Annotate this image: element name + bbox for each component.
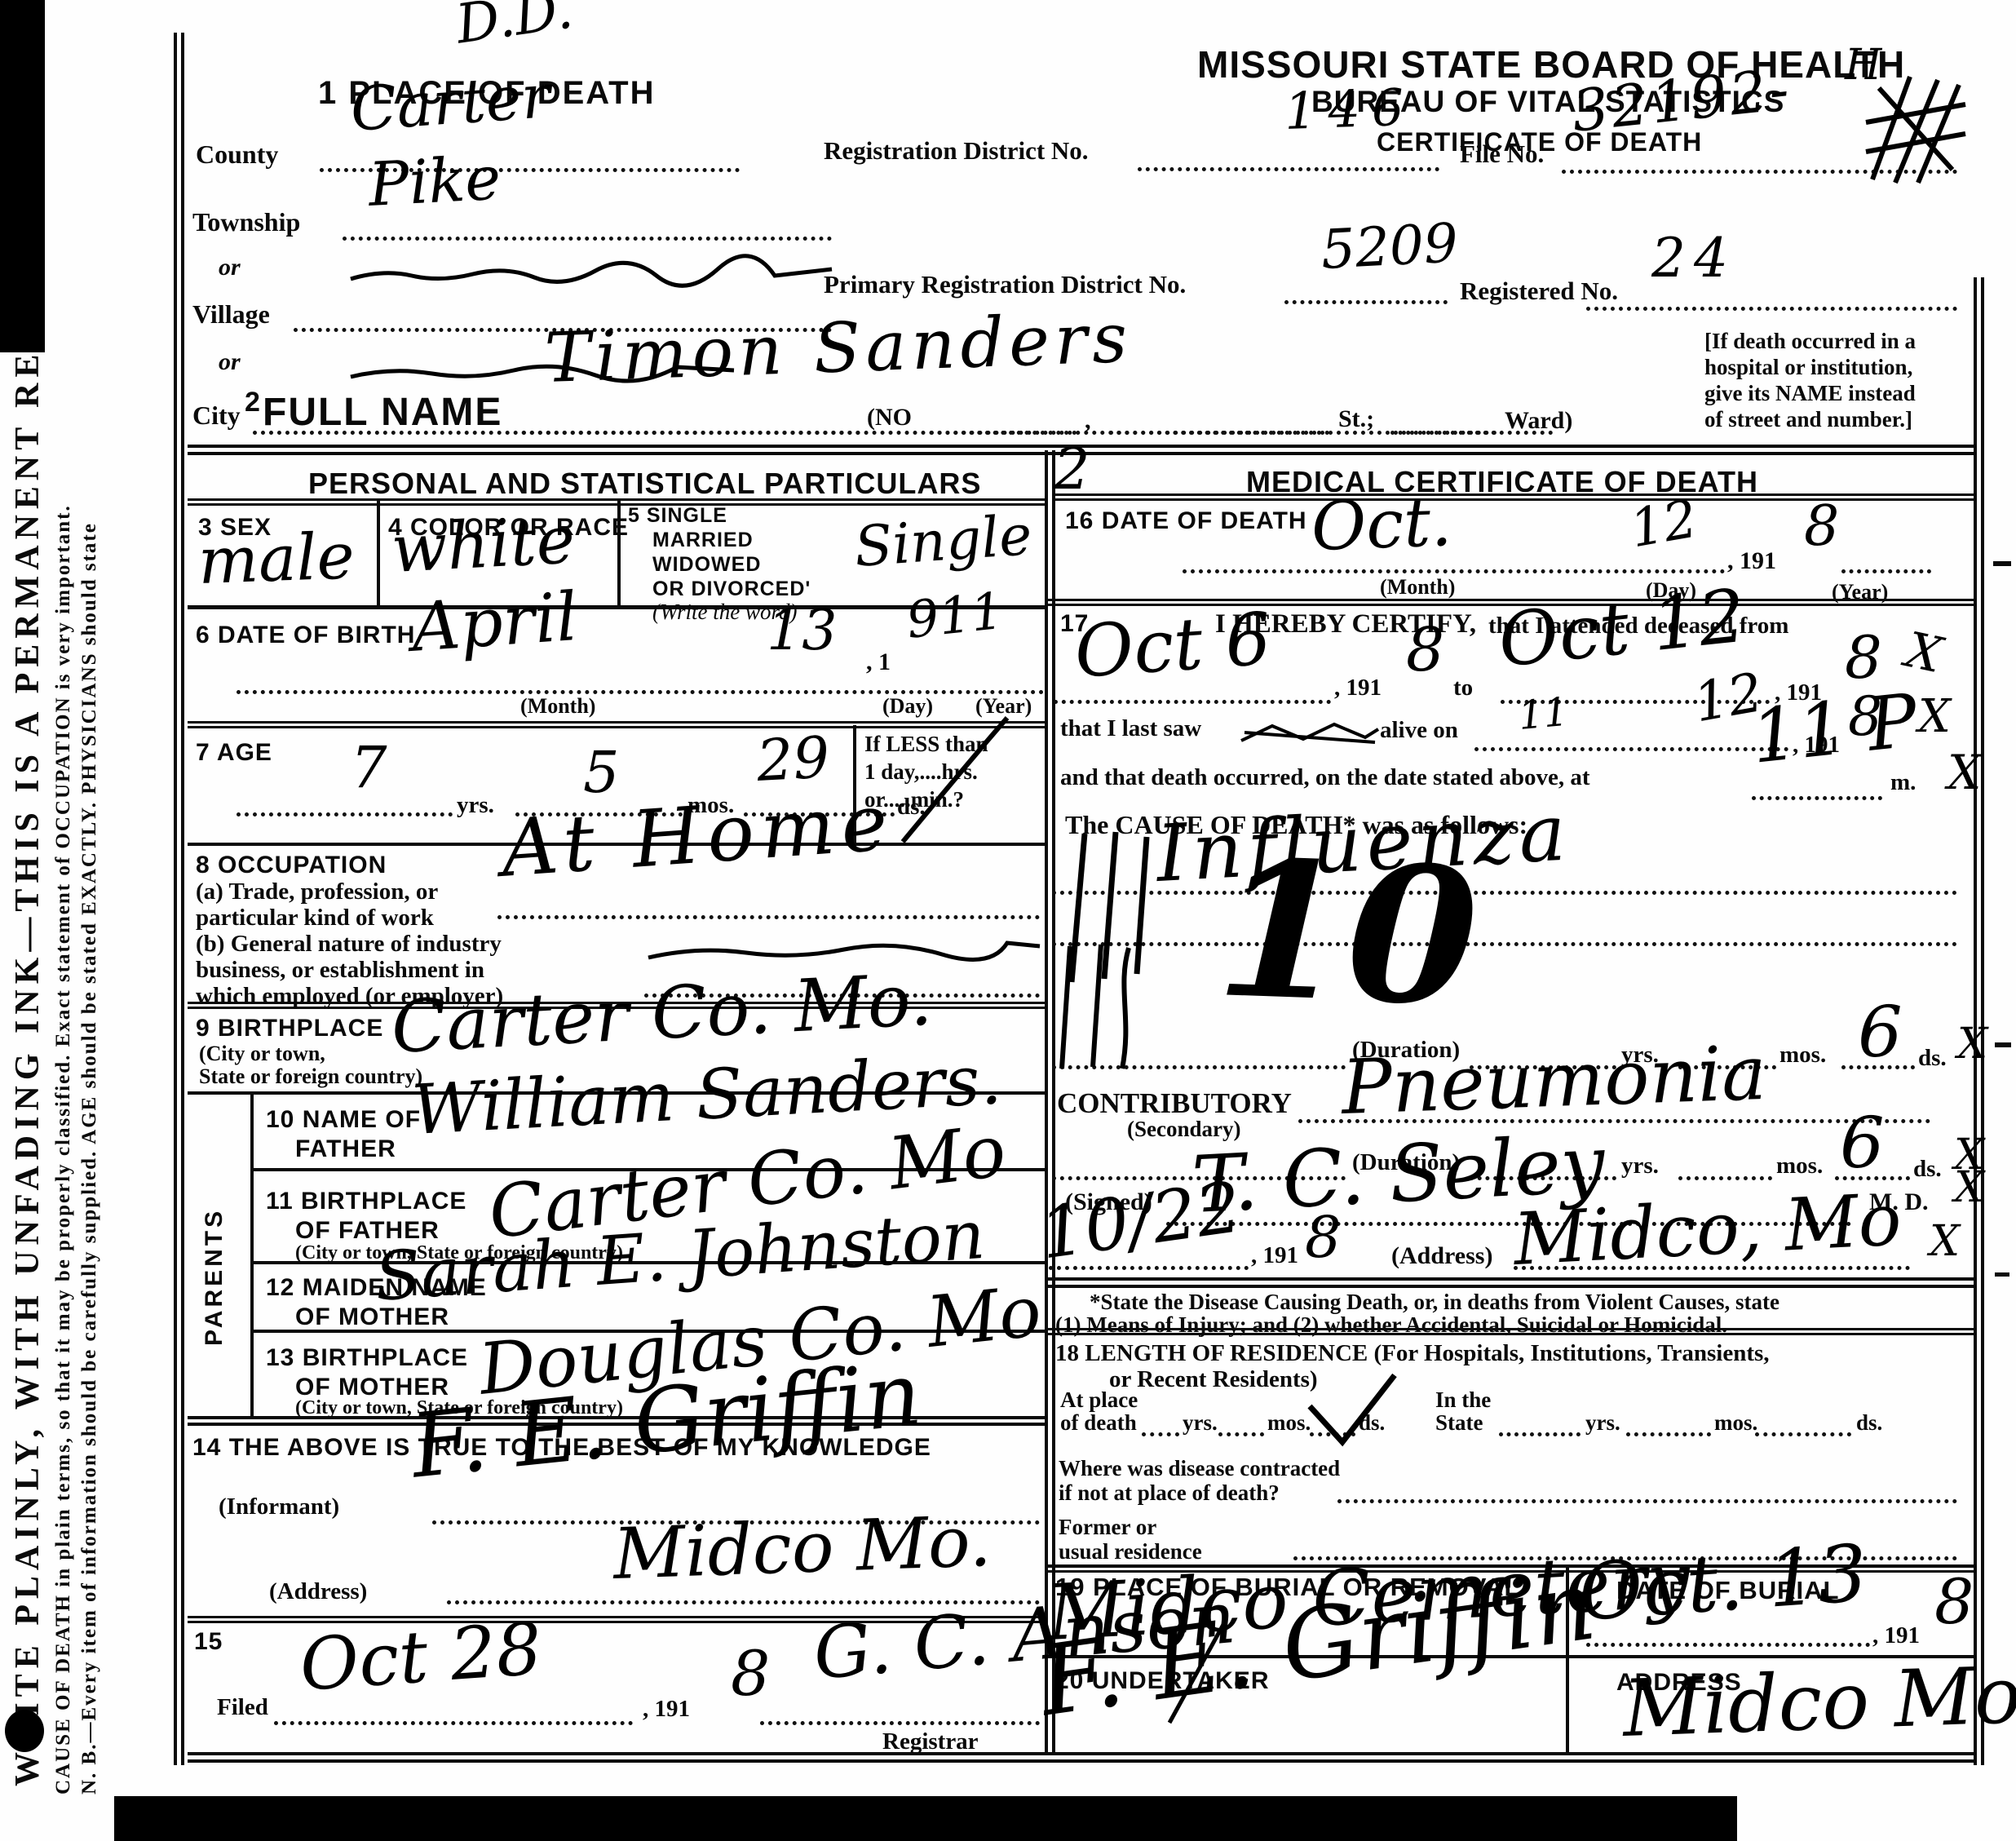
margin-permanent-record-notice: WRITE PLAINLY, WITH UNFADING INK—THIS IS… bbox=[10, 131, 46, 1786]
hospital-note-line1: [If death occurred in a bbox=[1704, 330, 1916, 353]
footnote-top-rule bbox=[1048, 1277, 1974, 1288]
residence-line-b bbox=[1218, 1432, 1264, 1436]
age-days-value: 29 bbox=[755, 730, 830, 788]
death-hour-m-label: m. bbox=[1890, 770, 1916, 795]
personal-title-rule bbox=[188, 498, 1045, 506]
race-value: white bbox=[390, 509, 577, 581]
signed-address-x-mark: X bbox=[1930, 1222, 1960, 1262]
of-death-label: of death bbox=[1060, 1411, 1137, 1435]
occupation-label: 8 OCCUPATION bbox=[196, 852, 387, 879]
footnote-bottom-rule bbox=[1048, 1328, 1974, 1335]
occupation-a-label-2: particular kind of work bbox=[196, 905, 434, 931]
duration2-days-value: 6 bbox=[1840, 1111, 1885, 1178]
undertaker-address-value: Midco Mo bbox=[1621, 1658, 2016, 1746]
last-saw-line bbox=[1474, 747, 1788, 751]
parents-strip-divider bbox=[250, 1091, 254, 1418]
birthplace-sub-1: (City or town, bbox=[199, 1042, 325, 1065]
death-hour-value: 11 P bbox=[1749, 686, 1921, 772]
where-contracted-label-2: if not at place of death? bbox=[1059, 1481, 1280, 1505]
age-years-value: 7 bbox=[351, 741, 387, 795]
cause-line-2 bbox=[1052, 942, 1957, 946]
medical-check-mark-2: 2 bbox=[1054, 442, 1090, 497]
full-name-number: 2 bbox=[245, 387, 261, 418]
city-st-label: St.; bbox=[1338, 406, 1374, 432]
undertaker-divider bbox=[1566, 1658, 1569, 1752]
cause-overwrite-10: 10 bbox=[1214, 840, 1481, 1028]
duration2-line-b bbox=[1678, 1176, 1772, 1180]
duration1-ds: ds. bbox=[1918, 1046, 1947, 1071]
father-birthplace-label-1: 11 BIRTHPLACE bbox=[266, 1188, 466, 1215]
margin-nb-notice-line1: N. B.—Every item of information should b… bbox=[78, 16, 100, 1795]
duration2-mos: mos. bbox=[1776, 1153, 1823, 1179]
residence-line-d bbox=[1499, 1432, 1581, 1436]
dob-day-value: 13 bbox=[767, 605, 838, 658]
in-the-label: In the bbox=[1435, 1388, 1491, 1412]
date-of-death-year: 8 bbox=[1804, 501, 1839, 554]
village-label: Village bbox=[192, 300, 270, 329]
occupation-a-label-1: (a) Trade, profession, or bbox=[196, 879, 438, 905]
age-line-1 bbox=[237, 812, 453, 817]
attended-x-mark: X bbox=[1902, 627, 1946, 680]
primary-registration-value: 5209 bbox=[1320, 218, 1459, 276]
burial-year-printed: , 191 bbox=[1872, 1623, 1920, 1648]
occupation-b-label-1: (b) General nature of industry bbox=[196, 932, 502, 957]
residence-label-line1: 18 LENGTH OF RESIDENCE (For Hospitals, I… bbox=[1055, 1341, 1770, 1366]
duration1-days-value: 6 bbox=[1858, 1000, 1903, 1067]
board-title: MISSOURI STATE BOARD OF HEALTH bbox=[1197, 42, 1905, 86]
residence-ds-2: ds. bbox=[1856, 1411, 1882, 1435]
former-residence-label-1: Former or bbox=[1059, 1516, 1156, 1539]
contributory-value: Pneumonia bbox=[1340, 1038, 1767, 1124]
sex-race-divider bbox=[377, 501, 380, 607]
filed-year-printed: , 191 bbox=[643, 1697, 690, 1722]
attended-to-year: 8 bbox=[1845, 630, 1882, 685]
dod-month-caption: (Month) bbox=[1380, 576, 1455, 599]
last-saw-day-1: 11 bbox=[1517, 694, 1570, 736]
or-label-2: or bbox=[219, 349, 241, 375]
date-of-death-day: 12 bbox=[1627, 494, 1701, 555]
scan-tick-right-3 bbox=[1995, 1272, 2009, 1277]
last-saw-x-mark: X bbox=[1918, 695, 1951, 738]
informant-label: (Informant) bbox=[219, 1494, 339, 1520]
father-name-label-2: FATHER bbox=[295, 1135, 396, 1163]
attended-to-label: to bbox=[1453, 675, 1473, 701]
cause-stray-pen-strokes-2 bbox=[1050, 938, 1148, 1077]
attended-from-line bbox=[1054, 700, 1331, 704]
occupation-b-label-2: business, or establishment in bbox=[196, 958, 484, 983]
full-name-label: FULL NAME bbox=[263, 390, 502, 435]
attended-from-value: Oct 6 bbox=[1072, 604, 1273, 686]
where-contracted-label-1: Where was disease contracted bbox=[1059, 1457, 1340, 1480]
duration2-ds: ds. bbox=[1913, 1157, 1942, 1182]
marital-label-1: 5 SINGLE bbox=[628, 504, 727, 528]
duration1-mos: mos. bbox=[1779, 1042, 1826, 1068]
or-label-1: or bbox=[219, 254, 241, 281]
scan-bottom-bar bbox=[114, 1796, 1737, 1841]
hospital-note-line2: hospital or institution, bbox=[1704, 356, 1912, 379]
duration2-yrs: yrs. bbox=[1621, 1153, 1659, 1179]
registered-no-value: 24 bbox=[1651, 233, 1736, 285]
parents-strip-label: PARENTS bbox=[201, 1166, 228, 1346]
duration1-x-mark: X bbox=[1957, 1024, 1987, 1064]
marital-label-3: WIDOWED bbox=[652, 553, 761, 577]
dob-year-printed: , 1 bbox=[866, 649, 891, 675]
signed-year-printed: , 191 bbox=[1251, 1243, 1298, 1268]
registrar-label: Registrar bbox=[882, 1729, 979, 1755]
dob-month-value: April bbox=[409, 586, 579, 661]
state-label: State bbox=[1435, 1411, 1483, 1435]
residence-line-f bbox=[1755, 1432, 1851, 1436]
occupation-a-value: At Home bbox=[499, 785, 896, 887]
filed-date-line bbox=[274, 1721, 633, 1725]
age-months-value: 5 bbox=[583, 746, 620, 800]
file-no-label: File No. bbox=[1460, 140, 1544, 167]
county-value: Carter bbox=[349, 68, 552, 139]
date-of-death-line-2 bbox=[1841, 569, 1931, 573]
attended-from-year-printed: , 191 bbox=[1334, 675, 1382, 701]
former-residence-label-2: usual residence bbox=[1059, 1540, 1202, 1564]
date-of-death-line bbox=[1183, 569, 1725, 573]
registration-district-value: 146 bbox=[1284, 83, 1416, 135]
date-of-death-year-printed: , 191 bbox=[1727, 548, 1776, 574]
handwritten-dd-initials: D.D. bbox=[453, 0, 576, 51]
margin-nb-notice-line2: CAUSE OF DEATH in plain terms, so that i… bbox=[52, 16, 74, 1795]
death-hour-x-mark: X bbox=[1947, 750, 1981, 795]
informant-address-value: Midco Mo. bbox=[612, 1509, 993, 1589]
form-bottom-rule bbox=[188, 1752, 1974, 1763]
dob-line bbox=[237, 690, 1044, 694]
age-less-slash-mark bbox=[893, 715, 1015, 845]
full-name-line bbox=[522, 431, 1554, 435]
signed-x-mark: X bbox=[1954, 1168, 1984, 1208]
blank-squiggle-1 bbox=[351, 261, 832, 287]
scan-tick-right-1 bbox=[1993, 561, 2011, 566]
township-line bbox=[343, 237, 832, 241]
hospital-note-line3: give its NAME instead bbox=[1704, 382, 1916, 405]
dob-year-value: 911 bbox=[904, 587, 1006, 645]
dob-label: 6 DATE OF BIRTH bbox=[196, 622, 415, 649]
signed-address-label: (Address) bbox=[1391, 1243, 1492, 1269]
attended-to-value: Oct 12 bbox=[1496, 582, 1749, 677]
cause-footnote-line1: *State the Disease Causing Death, or, in… bbox=[1090, 1290, 1779, 1314]
registration-district-line bbox=[1138, 167, 1439, 171]
registered-no-line bbox=[1586, 307, 1957, 311]
primary-registration-label: Primary Registration District No. bbox=[824, 271, 1186, 298]
sex-value: male bbox=[197, 526, 356, 592]
registrar-line bbox=[760, 1721, 1040, 1725]
burial-year-value: 8 bbox=[1934, 1573, 1974, 1631]
marital-label-2: MARRIED bbox=[652, 529, 754, 552]
file-no-scribble bbox=[1863, 72, 1969, 186]
last-saw-label: that I last saw bbox=[1060, 716, 1201, 741]
personal-section-title: PERSONAL AND STATISTICAL PARTICULARS bbox=[308, 467, 981, 501]
father-name-label-1: 10 NAME OF bbox=[266, 1106, 421, 1134]
age-label: 7 AGE bbox=[196, 739, 272, 767]
filed-label: Filed bbox=[217, 1695, 268, 1720]
burial-date-line bbox=[1586, 1643, 1870, 1647]
residence-line-a bbox=[1142, 1432, 1179, 1436]
filed-number: 15 bbox=[194, 1628, 223, 1656]
attended-from-year: 8 bbox=[1406, 622, 1444, 679]
signed-year-value: 8 bbox=[1305, 1210, 1342, 1265]
scan-tick-right-2 bbox=[1995, 1042, 2011, 1047]
residence-check-scribble bbox=[1303, 1370, 1401, 1449]
full-name-value: Timon Sanders bbox=[544, 306, 1134, 392]
hospital-note-line4: of street and number.] bbox=[1704, 408, 1912, 431]
age-yrs-caption: yrs. bbox=[457, 793, 494, 818]
residence-line-e bbox=[1626, 1432, 1711, 1436]
date-of-death-label: 16 DATE OF DEATH bbox=[1065, 507, 1307, 535]
township-label: Township bbox=[192, 208, 300, 237]
contributory-label: CONTRIBUTORY bbox=[1057, 1088, 1292, 1119]
city-label: City bbox=[192, 401, 241, 430]
registration-district-label: Registration District No. bbox=[824, 137, 1089, 164]
occupation-a-line bbox=[497, 915, 1040, 919]
at-place-label: At place bbox=[1060, 1388, 1138, 1412]
residence-mos-2: mos. bbox=[1714, 1411, 1757, 1435]
race-marital-divider bbox=[617, 501, 621, 607]
registered-no-label: Registered No. bbox=[1460, 277, 1618, 304]
death-certificate-scan: WRITE PLAINLY, WITH UNFADING INK—THIS IS… bbox=[0, 0, 2016, 1841]
birthplace-label: 9 BIRTHPLACE bbox=[196, 1015, 383, 1042]
township-value: Pike bbox=[367, 150, 502, 215]
filed-year-value: 8 bbox=[731, 1644, 770, 1703]
scan-edge-bar-top-left bbox=[0, 0, 45, 352]
scan-hole-punch-dot bbox=[5, 1710, 44, 1752]
primary-registration-line bbox=[1284, 300, 1448, 304]
date-of-death-month: Oct. bbox=[1311, 491, 1453, 560]
burial-date-value: Oct. 13 bbox=[1576, 1536, 1870, 1631]
where-contracted-line bbox=[1337, 1499, 1957, 1503]
filed-date-value: Oct 28 bbox=[298, 1614, 544, 1699]
dob-month-caption: (Month) bbox=[520, 695, 595, 718]
form-left-border bbox=[174, 33, 184, 1765]
residence-label-line2: or Recent Residents) bbox=[1109, 1367, 1318, 1392]
mother-birthplace-label-1: 13 BIRTHPLACE bbox=[266, 1344, 468, 1372]
death-hour-line bbox=[1752, 796, 1882, 800]
alive-on-label: alive on bbox=[1380, 718, 1458, 743]
form-center-divider bbox=[1045, 450, 1055, 1755]
death-occurred-label: and that death occurred, on the date sta… bbox=[1060, 765, 1590, 790]
residence-yrs-1: yrs. bbox=[1183, 1411, 1218, 1435]
signed-address-value: Midco, Mo bbox=[1512, 1185, 1903, 1273]
county-label: County bbox=[196, 140, 278, 169]
marital-value: Single bbox=[853, 510, 1034, 575]
city-no-label: (NO bbox=[867, 405, 912, 431]
last-saw-strike-scribble bbox=[1241, 718, 1380, 749]
birthplace-sub-2: State or foreign country) bbox=[199, 1065, 422, 1088]
informant-address-label: (Address) bbox=[269, 1579, 367, 1604]
marital-label-4: OR DIVORCED' bbox=[652, 578, 811, 601]
residence-yrs-2: yrs. bbox=[1585, 1411, 1620, 1435]
